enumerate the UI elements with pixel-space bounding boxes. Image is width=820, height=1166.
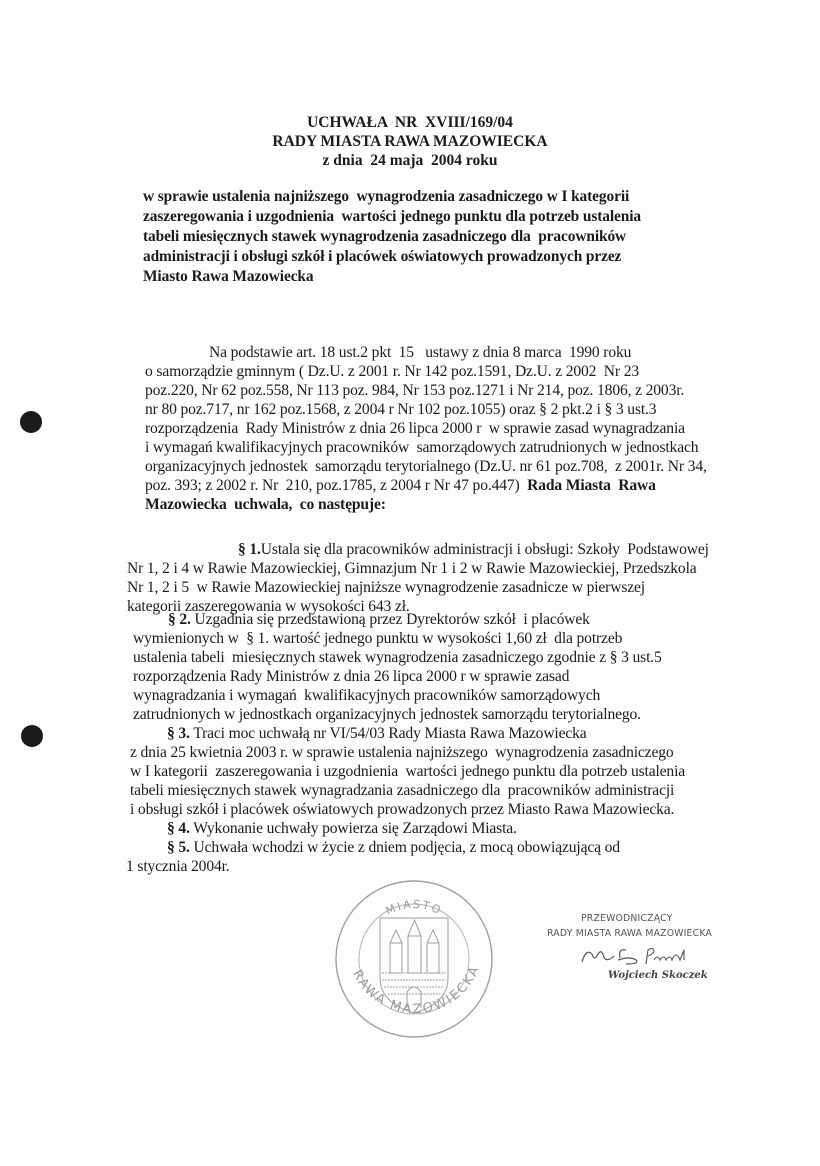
- section-line: ustalenia tabeli miesięcznych stawek wyn…: [133, 648, 662, 667]
- section-line: § 1.Ustala się dla pracowników administr…: [238, 540, 709, 559]
- resolution-number: UCHWAŁA NR XVIII/169/04: [240, 113, 580, 132]
- preamble-line: Na podstawie art. 18 ust.2 pkt 15 ustawy…: [209, 343, 631, 362]
- preamble-line: o samorządzie gminnym ( Dz.U. z 2001 r. …: [145, 362, 639, 381]
- section-line: Nr 1, 2 i 5 w Rawie Mazowieckiej najniżs…: [127, 578, 645, 597]
- signature-title: PRZEWODNICZĄCY: [581, 913, 673, 924]
- subject-line: w sprawie ustalenia najniższego wynagrod…: [143, 187, 629, 207]
- section-label: § 4.: [167, 820, 190, 837]
- section-line: z dnia 25 kwietnia 2003 r. w sprawie ust…: [130, 743, 674, 762]
- section-line: § 3. Traci moc uchwałą nr VI/54/03 Rady …: [167, 724, 587, 743]
- section-label: § 1.: [238, 541, 261, 558]
- section-line: i obsługi szkół i placówek oświatowych p…: [130, 800, 674, 819]
- signatory-name: Wojciech Skoczek: [608, 970, 708, 981]
- signature-council: RADY MIASTA RAWA MAZOWIECKA: [547, 928, 712, 939]
- handwritten-signature-icon: [580, 942, 700, 968]
- section-label: § 3.: [167, 725, 190, 742]
- official-stamp: MIASTO RAWA MAZOWIECKA: [333, 878, 495, 1040]
- preamble-line: i wymagań kwalifikacyjnych pracowników s…: [145, 438, 698, 457]
- preamble-line: nr 80 poz.717, nr 162 poz.1568, z 2004 r…: [145, 400, 656, 419]
- section-text: Ustala się dla pracowników administracji…: [261, 541, 709, 558]
- subject-line: Miasto Rawa Mazowiecka: [143, 267, 313, 287]
- subject-line: administracji i obsługi szkół i placówek…: [143, 247, 621, 267]
- section-line: zatrudnionych w jednostkach organizacyjn…: [133, 705, 641, 724]
- section-line: Nr 1, 2 i 4 w Rawie Mazowieckiej, Gimnaz…: [127, 559, 697, 578]
- section-line: w I kategorii zaszeregowania i uzgodnien…: [130, 762, 685, 781]
- preamble-bold-resolves: Mazowiecka uchwala, co następuje:: [145, 495, 386, 514]
- section-text: Traci moc uchwałą nr VI/54/03 Rady Miast…: [190, 725, 587, 742]
- resolution-date: z dnia 24 maja 2004 roku: [240, 151, 580, 170]
- punch-hole-bottom: [21, 725, 43, 747]
- preamble-text: poz. 393; z 2002 r. Nr 210, poz.1785, z …: [145, 477, 520, 494]
- section-line: § 5. Uchwała wchodzi w życie z dniem pod…: [167, 838, 620, 857]
- section-text: Uzgadnia się przedstawioną przez Dyrekto…: [191, 611, 590, 628]
- section-line: § 4. Wykonanie uchwały powierza się Zarz…: [167, 819, 517, 838]
- section-line: tabeli miesięcznych stawek wynagradzania…: [130, 781, 674, 800]
- subject-line: zaszeregowania i uzgodnienia wartości je…: [143, 207, 641, 227]
- preamble-line: organizacyjnych jednostek samorządu tery…: [145, 457, 707, 476]
- section-line: wymienionych w § 1. wartość jednego punk…: [133, 629, 622, 648]
- section-line: rozporządzenia Rady Ministrów z dnia 26 …: [133, 667, 569, 686]
- scanned-document-page: UCHWAŁA NR XVIII/169/04 RADY MIASTA RAWA…: [0, 0, 820, 1166]
- stamp-bottom-text: RAWA MAZOWIECKA: [349, 963, 483, 1017]
- preamble-line: poz.220, Nr 62 poz.558, Nr 113 poz. 984,…: [145, 381, 684, 400]
- preamble-bold-council: Rada Miasta Rawa: [527, 477, 656, 494]
- preamble-line: rozporządzenia Rady Ministrów z dnia 26 …: [145, 419, 685, 438]
- section-line: wynagradzania i wymagań kwalifikacyjnych…: [133, 686, 600, 705]
- section-line: 1 stycznia 2004r.: [126, 857, 230, 876]
- preamble-line: poz. 393; z 2002 r. Nr 210, poz.1785, z …: [145, 476, 656, 495]
- section-label: § 5.: [167, 839, 190, 856]
- section-text: Uchwała wchodzi w życie z dniem podjęcia…: [190, 839, 620, 856]
- section-line: § 2. Uzgadnia się przedstawioną przez Dy…: [168, 610, 590, 629]
- section-label: § 2.: [168, 611, 191, 628]
- subject-line: tabeli miesięcznych stawek wynagrodzenia…: [143, 227, 626, 247]
- stamp-top-text: MIASTO: [384, 898, 445, 918]
- punch-hole-top: [20, 411, 42, 433]
- council-name: RADY MIASTA RAWA MAZOWIECKA: [240, 132, 580, 151]
- section-text: Wykonanie uchwały powierza się Zarządowi…: [190, 820, 517, 837]
